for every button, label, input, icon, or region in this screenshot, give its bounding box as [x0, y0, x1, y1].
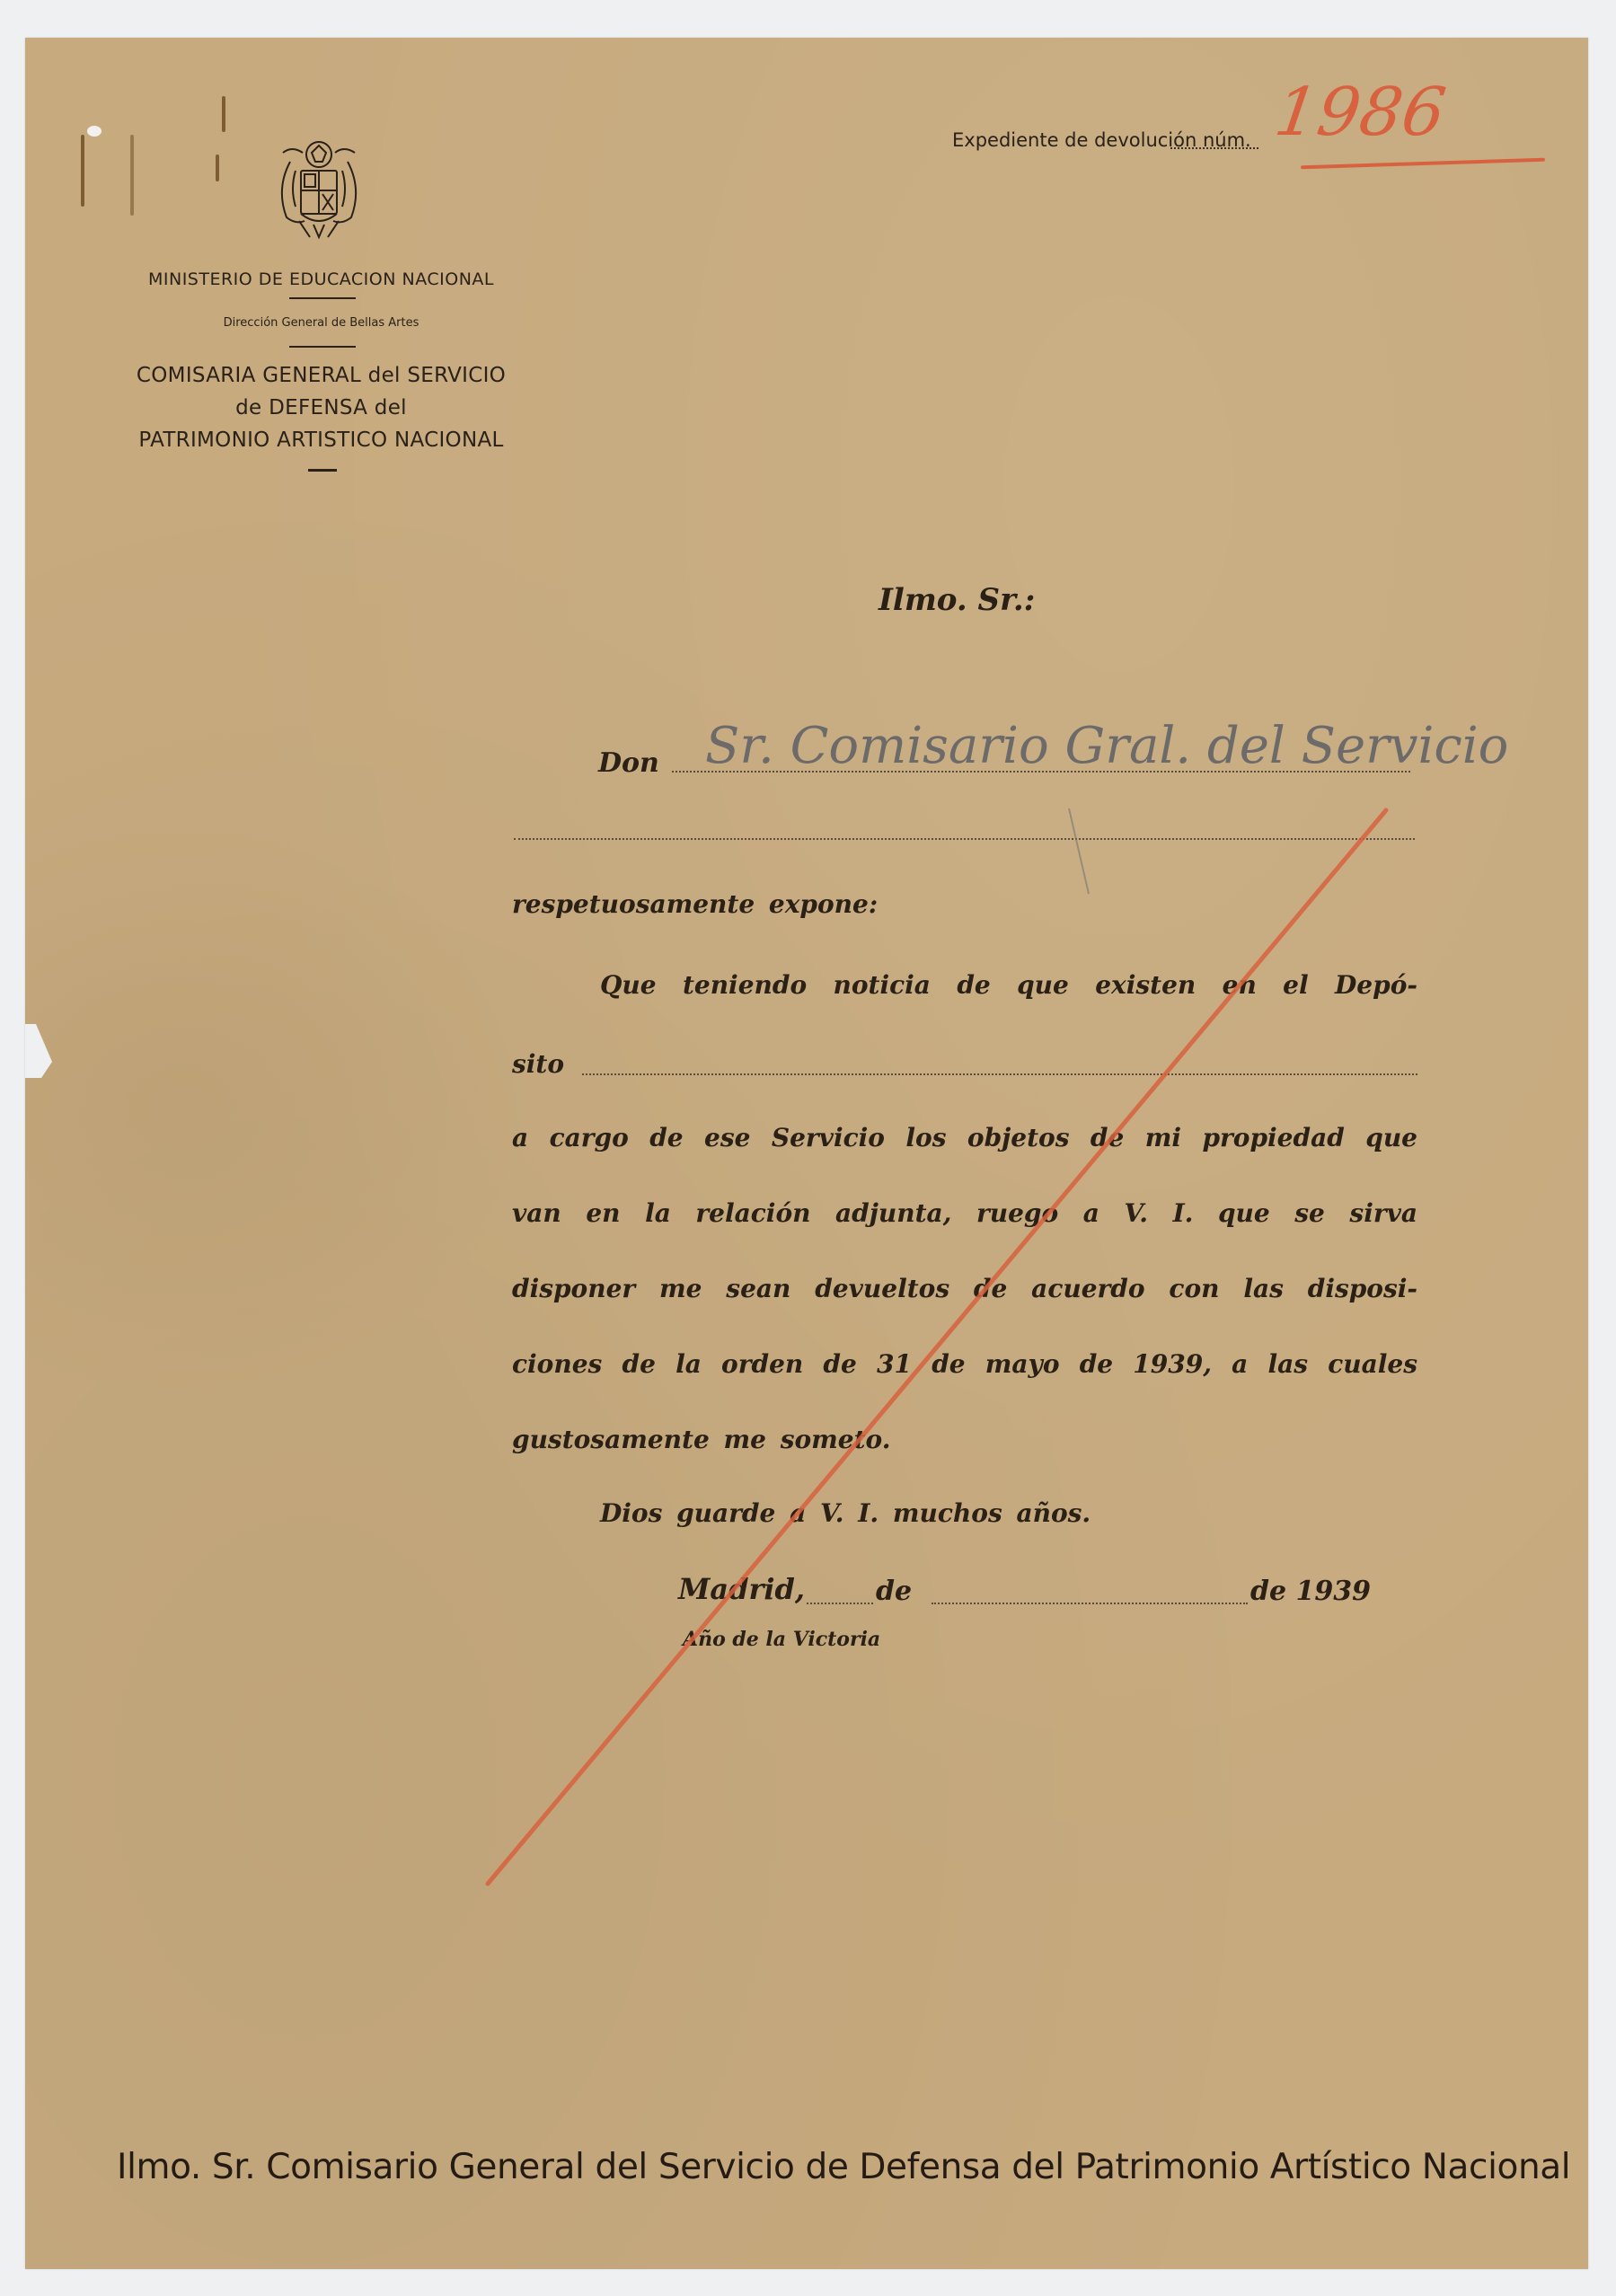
- footer-addressee: Ilmo. Sr. Comisario General del Servicio…: [117, 2147, 1428, 2187]
- diagonal-strike-mark: [0, 0, 1616, 2296]
